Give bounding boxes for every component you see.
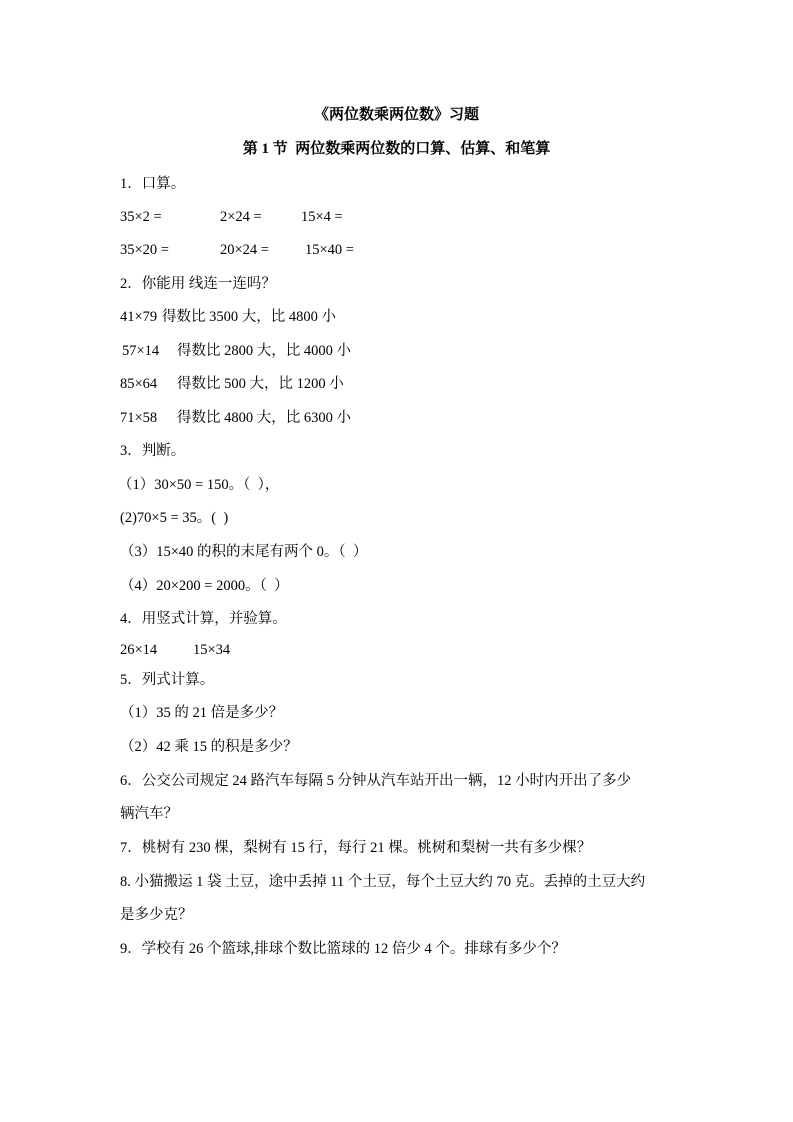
q5-item: （1）35 的 21 倍是多少？ xyxy=(120,703,283,723)
q2-expression: 41×79 xyxy=(120,307,157,327)
q2-range: 得数比 2800 大，比 4000 小 xyxy=(177,341,351,361)
q3-item: （4）20×200 = 2000。（ ） xyxy=(120,576,289,596)
question-6: 6．公交公司规定 24 路汽车每隔 5 分钟从汽车站开出一辆，12 小时内开出了… xyxy=(120,771,631,791)
q1-item: 35×2 = xyxy=(120,207,162,227)
question-4-heading: 4．用竖式计算，并验算。 xyxy=(120,609,287,629)
question-2-heading: 2．你能用 线连一连吗？ xyxy=(120,274,276,294)
question-8: 8. 小猫搬运 1 袋 土豆，途中丢掉 11 个土豆，每个土豆大约 70 克。丢… xyxy=(120,872,645,892)
q4-item: 26×14 xyxy=(120,640,157,660)
q2-expression: 85×64 xyxy=(120,374,157,394)
question-9: 9．学校有 26 个篮球,排球个数比篮球的 12 倍少 4 个。排球有多少个？ xyxy=(120,939,566,959)
q3-item: (2)70×5 = 35。( ) xyxy=(120,508,228,528)
section-title: 第 1 节 两位数乘两位数的口算、估算、和笔算 xyxy=(0,139,793,159)
q1-item: 35×20 = xyxy=(120,240,169,260)
q3-item: （3）15×40 的积的末尾有两个 0。（ ） xyxy=(120,542,367,562)
document-title: 《两位数乘两位数》习题 xyxy=(0,105,793,125)
question-7: 7．桃树有 230 棵，梨树有 15 行，每行 21 棵。桃树和梨树一共有多少棵… xyxy=(120,838,591,858)
question-3-heading: 3．判断。 xyxy=(120,441,185,461)
question-1-heading: 1．口算。 xyxy=(120,174,185,194)
q5-item: （2）42 乘 15 的积是多少？ xyxy=(120,737,298,757)
q2-range: 得数比 500 大，比 1200 小 xyxy=(177,374,344,394)
question-8-continued: 是多少克？ xyxy=(120,905,193,925)
q2-range: 得数比 4800 大，比 6300 小 xyxy=(177,408,351,428)
q2-expression: 57×14 xyxy=(122,341,159,361)
q1-item: 20×24 = xyxy=(220,240,269,260)
q1-item: 2×24 = xyxy=(220,207,262,227)
question-5-heading: 5．列式计算。 xyxy=(120,670,214,690)
question-6-continued: 辆汽车？ xyxy=(120,804,178,824)
q2-range: 得数比 3500 大，比 4800 小 xyxy=(162,307,336,327)
document-page: 《两位数乘两位数》习题 第 1 节 两位数乘两位数的口算、估算、和笔算 1．口算… xyxy=(0,0,793,1122)
q1-item: 15×4 = xyxy=(301,207,343,227)
q3-item: （1）30×50 = 150。（ ）， xyxy=(118,475,279,495)
q1-item: 15×40 = xyxy=(305,240,354,260)
q4-item: 15×34 xyxy=(193,640,230,660)
q2-expression: 71×58 xyxy=(120,408,157,428)
